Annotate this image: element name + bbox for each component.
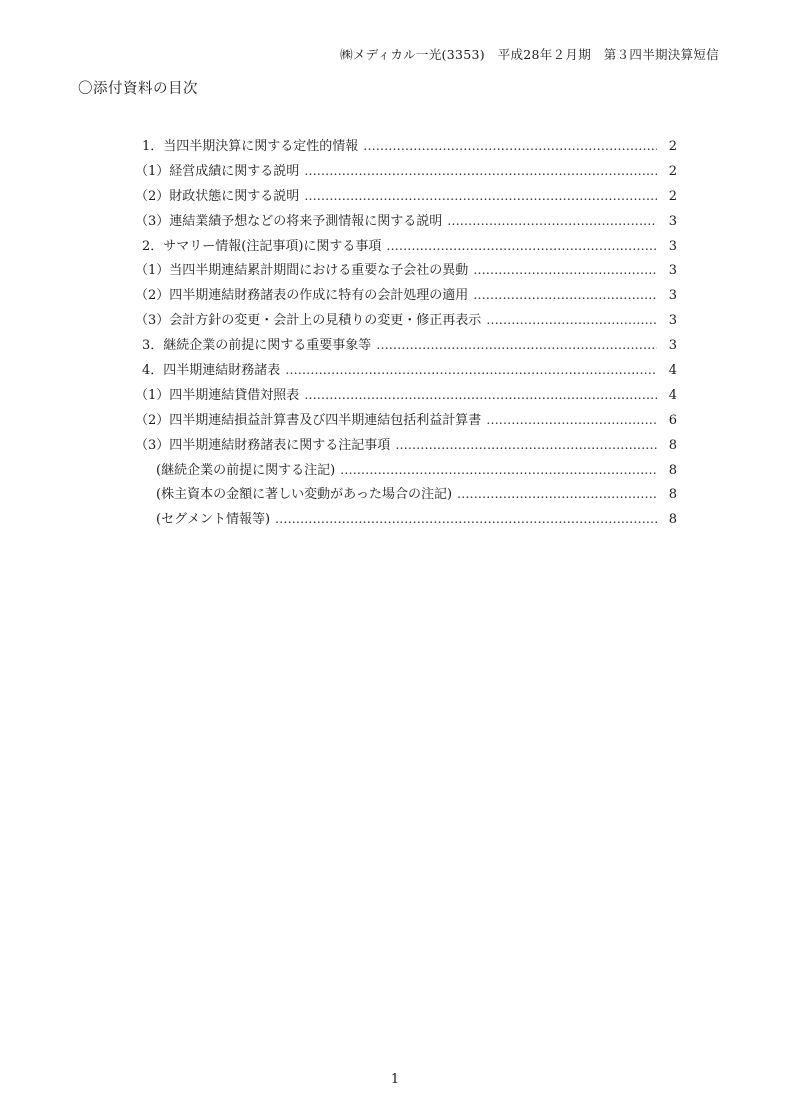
- toc-dot-leader: ……………………………………………………………………………………………………………: [304, 163, 657, 178]
- toc-entry-label: （3）四半期連結財務諸表に関する注記事項: [135, 434, 390, 453]
- footer-page-number: 1: [0, 1072, 790, 1087]
- toc-entry-label: 3．継続企業の前提に関する重要事象等: [142, 334, 371, 353]
- toc-entry-page-number: 8: [663, 438, 677, 453]
- toc-entry-page-number: 2: [663, 164, 677, 179]
- toc-entry: （1）四半期連結貸借対照表…………………………………………………………………………: [135, 384, 677, 409]
- toc-dot-leader: ……………………………………………………………………………………………………………: [486, 312, 657, 327]
- document-header: ㈱メディカル一光(3353) 平成28年２月期 第３四半期決算短信: [340, 45, 719, 63]
- toc-dot-leader: ……………………………………………………………………………………………………………: [473, 287, 657, 302]
- toc-entry: （3）会計方針の変更・会計上の見積りの変更・修正再表示……………………………………: [135, 309, 677, 334]
- toc-entry-label: （2）財政状態に関する説明: [135, 185, 299, 204]
- toc-entry-page-number: 3: [663, 313, 677, 328]
- toc-entry: 1．当四半期決算に関する定性的情報………………………………………………………………: [135, 135, 677, 160]
- toc-dot-leader: ……………………………………………………………………………………………………………: [304, 387, 657, 402]
- toc-entry: 4．四半期連結財務諸表………………………………………………………………………………: [135, 359, 677, 384]
- toc-entry-page-number: 4: [663, 363, 677, 378]
- toc-dot-leader: ……………………………………………………………………………………………………………: [304, 188, 657, 203]
- toc-entry-page-number: 8: [663, 512, 677, 527]
- toc-entry-page-number: 6: [663, 413, 677, 428]
- toc-entry-page-number: 3: [663, 263, 677, 278]
- toc-entry-page-number: 2: [663, 189, 677, 204]
- toc-dot-leader: ……………………………………………………………………………………………………………: [285, 362, 657, 377]
- table-of-contents: 1．当四半期決算に関する定性的情報………………………………………………………………: [135, 135, 677, 533]
- toc-entry-label: （1）経営成績に関する説明: [135, 160, 299, 179]
- toc-entry-page-number: 3: [663, 338, 677, 353]
- toc-dot-leader: ……………………………………………………………………………………………………………: [486, 412, 657, 427]
- toc-entry: （2）財政状態に関する説明…………………………………………………………………………: [135, 185, 677, 210]
- toc-entry: （2）四半期連結損益計算書及び四半期連結包括利益計算書……………………………………: [135, 409, 677, 434]
- toc-dot-leader: ……………………………………………………………………………………………………………: [395, 437, 657, 452]
- toc-dot-leader: ……………………………………………………………………………………………………………: [386, 238, 657, 253]
- page-title: 〇添付資料の目次: [78, 77, 198, 98]
- toc-entry: 2．サマリー情報(注記事項)に関する事項………………………………………………………: [135, 235, 677, 260]
- toc-entry: （2）四半期連結財務諸表の作成に特有の会計処理の適用………………………………………: [135, 284, 677, 309]
- toc-entry-label: (セグメント情報等): [156, 508, 270, 527]
- toc-dot-leader: ……………………………………………………………………………………………………………: [376, 337, 657, 352]
- toc-entry: （3）連結業績予想などの将来予測情報に関する説明……………………………………………: [135, 210, 677, 235]
- toc-dot-leader: ……………………………………………………………………………………………………………: [447, 213, 657, 228]
- toc-entry-label: （2）四半期連結損益計算書及び四半期連結包括利益計算書: [135, 409, 481, 428]
- toc-dot-leader: ……………………………………………………………………………………………………………: [340, 462, 657, 477]
- toc-entry-label: (継続企業の前提に関する注記): [156, 459, 335, 478]
- toc-entry-page-number: 3: [663, 288, 677, 303]
- toc-entry-page-number: 3: [663, 214, 677, 229]
- toc-entry: （3）四半期連結財務諸表に関する注記事項………………………………………………………: [135, 434, 677, 459]
- toc-entry-page-number: 3: [663, 239, 677, 254]
- toc-entry: (継続企業の前提に関する注記)……………………………………………………………………: [135, 459, 677, 484]
- toc-entry-label: （2）四半期連結財務諸表の作成に特有の会計処理の適用: [135, 284, 468, 303]
- toc-entry: （1）当四半期連結累計期間における重要な子会社の異動………………………………………: [135, 259, 677, 284]
- toc-entry-label: （3）連結業績予想などの将来予測情報に関する説明: [135, 210, 442, 229]
- toc-dot-leader: ……………………………………………………………………………………………………………: [473, 262, 657, 277]
- toc-entry: (セグメント情報等)…………………………………………………………………………………: [135, 508, 677, 533]
- toc-dot-leader: ……………………………………………………………………………………………………………: [275, 511, 657, 526]
- toc-entry-page-number: 4: [663, 388, 677, 403]
- toc-entry: （1）経営成績に関する説明…………………………………………………………………………: [135, 160, 677, 185]
- toc-entry: 3．継続企業の前提に関する重要事象等……………………………………………………………: [135, 334, 677, 359]
- toc-entry: (株主資本の金額に著しい変動があった場合の注記)……………………………………………: [135, 483, 677, 508]
- toc-entry-label: 4．四半期連結財務諸表: [142, 359, 280, 378]
- toc-entry-label: （1）四半期連結貸借対照表: [135, 384, 299, 403]
- toc-entry-page-number: 8: [663, 463, 677, 478]
- toc-entry-page-number: 8: [663, 487, 677, 502]
- toc-dot-leader: ……………………………………………………………………………………………………………: [363, 138, 657, 153]
- toc-entry-label: （1）当四半期連結累計期間における重要な子会社の異動: [135, 259, 468, 278]
- toc-entry-page-number: 2: [663, 139, 677, 154]
- toc-entry-label: 2．サマリー情報(注記事項)に関する事項: [142, 235, 381, 254]
- toc-entry-label: 1．当四半期決算に関する定性的情報: [142, 135, 358, 154]
- toc-entry-label: （3）会計方針の変更・会計上の見積りの変更・修正再表示: [135, 309, 481, 328]
- toc-entry-label: (株主資本の金額に著しい変動があった場合の注記): [156, 483, 452, 502]
- toc-dot-leader: ……………………………………………………………………………………………………………: [457, 486, 657, 501]
